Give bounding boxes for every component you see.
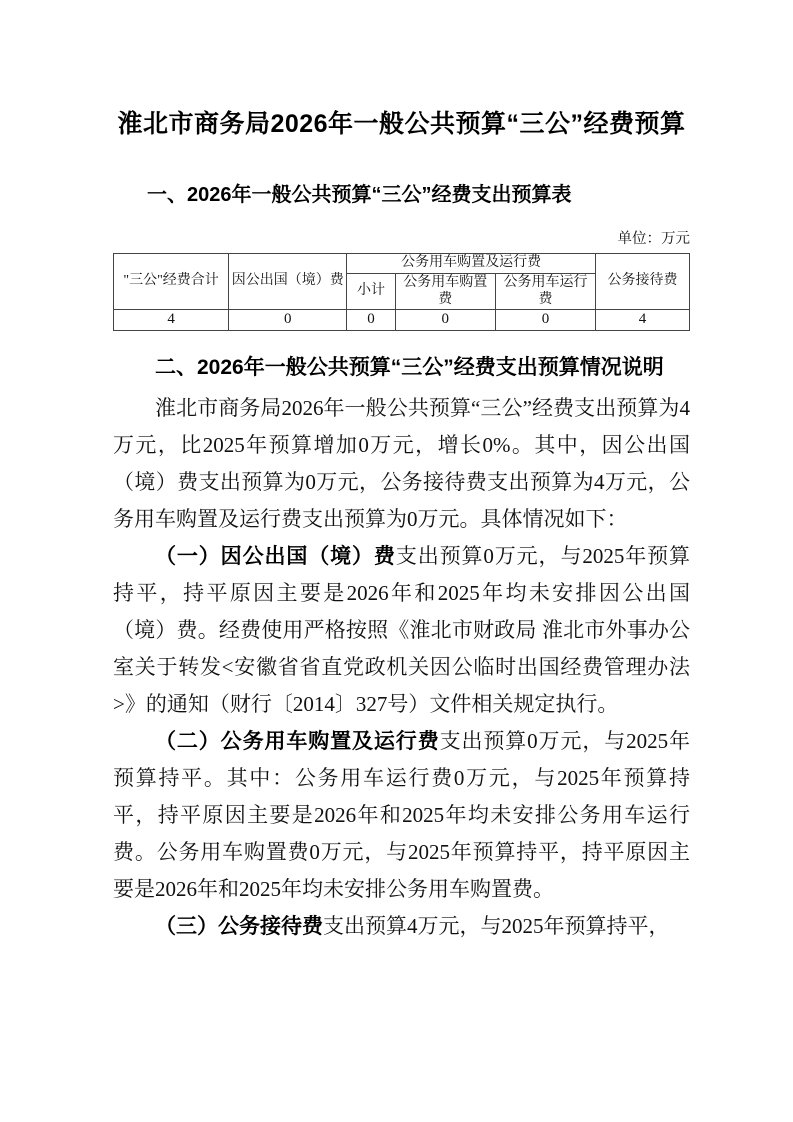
document-page: 淮北市商务局2026年一般公共预算“三公”经费预算 一、2026年一般公共预算“…	[0, 0, 793, 1122]
item2-paragraph: （二）公务用车购置及运行费支出预算0万元，与2025年预算持平。其中：公务用车运…	[113, 723, 690, 908]
section1-heading: 一、2026年一般公共预算“三公”经费支出预算表	[113, 180, 690, 210]
header-cell-vehicle-group: 公务用车购置及运行费	[347, 254, 596, 274]
header-cell-abroad: 因公出国（境）费	[229, 254, 347, 310]
value-subtotal: 0	[347, 310, 395, 331]
item2-text: 支出预算0万元，与2025年预算持平。其中：公务用车运行费0万元，与2025年预…	[113, 729, 690, 901]
intro-paragraph: 淮北市商务局2026年一般公共预算“三公”经费支出预算为4万元，比2025年预算…	[113, 390, 690, 538]
header-cell-vehicle-purchase: 公务用车购置费	[395, 274, 495, 310]
item3-paragraph: （三）公务接待费支出预算4万元，与2025年预算持平，	[113, 908, 690, 945]
item1-lead: （一）因公出国（境）费	[155, 545, 396, 568]
item1-paragraph: （一）因公出国（境）费支出预算0万元，与2025年预算持平，持平原因主要是202…	[113, 538, 690, 723]
value-vehicle-operation: 0	[495, 310, 595, 331]
header-cell-subtotal: 小计	[347, 274, 395, 310]
item3-lead: （三）公务接待费	[155, 915, 323, 938]
document-content: 淮北市商务局2026年一般公共预算“三公”经费预算 一、2026年一般公共预算“…	[113, 0, 690, 945]
value-total: 4	[114, 310, 229, 331]
table-header-row-1: "三公"经费合计 因公出国（境）费 公务用车购置及运行费 公务接待费	[114, 254, 690, 274]
table-data-row: 4 0 0 0 0 4	[114, 310, 690, 331]
section2-heading: 二、2026年一般公共预算“三公”经费支出预算情况说明	[113, 348, 690, 388]
header-cell-total: "三公"经费合计	[114, 254, 229, 310]
item2-lead: （二）公务用车购置及运行费	[155, 730, 440, 753]
header-cell-vehicle-operation: 公务用车运行费	[495, 274, 595, 310]
header-cell-reception: 公务接待费	[596, 254, 690, 310]
value-abroad: 0	[229, 310, 347, 331]
document-title: 淮北市商务局2026年一般公共预算“三公”经费预算	[113, 0, 690, 142]
item1-text: 支出预算0万元，与2025年预算持平，持平原因主要是2026年和2025年均未安…	[113, 544, 690, 716]
value-vehicle-purchase: 0	[395, 310, 495, 331]
three-public-budget-table: "三公"经费合计 因公出国（境）费 公务用车购置及运行费 公务接待费 小计 公务…	[113, 253, 690, 331]
value-reception: 4	[596, 310, 690, 331]
item3-text: 支出预算4万元，与2025年预算持平，	[323, 914, 670, 938]
table-unit-label: 单位：万元	[113, 230, 690, 248]
